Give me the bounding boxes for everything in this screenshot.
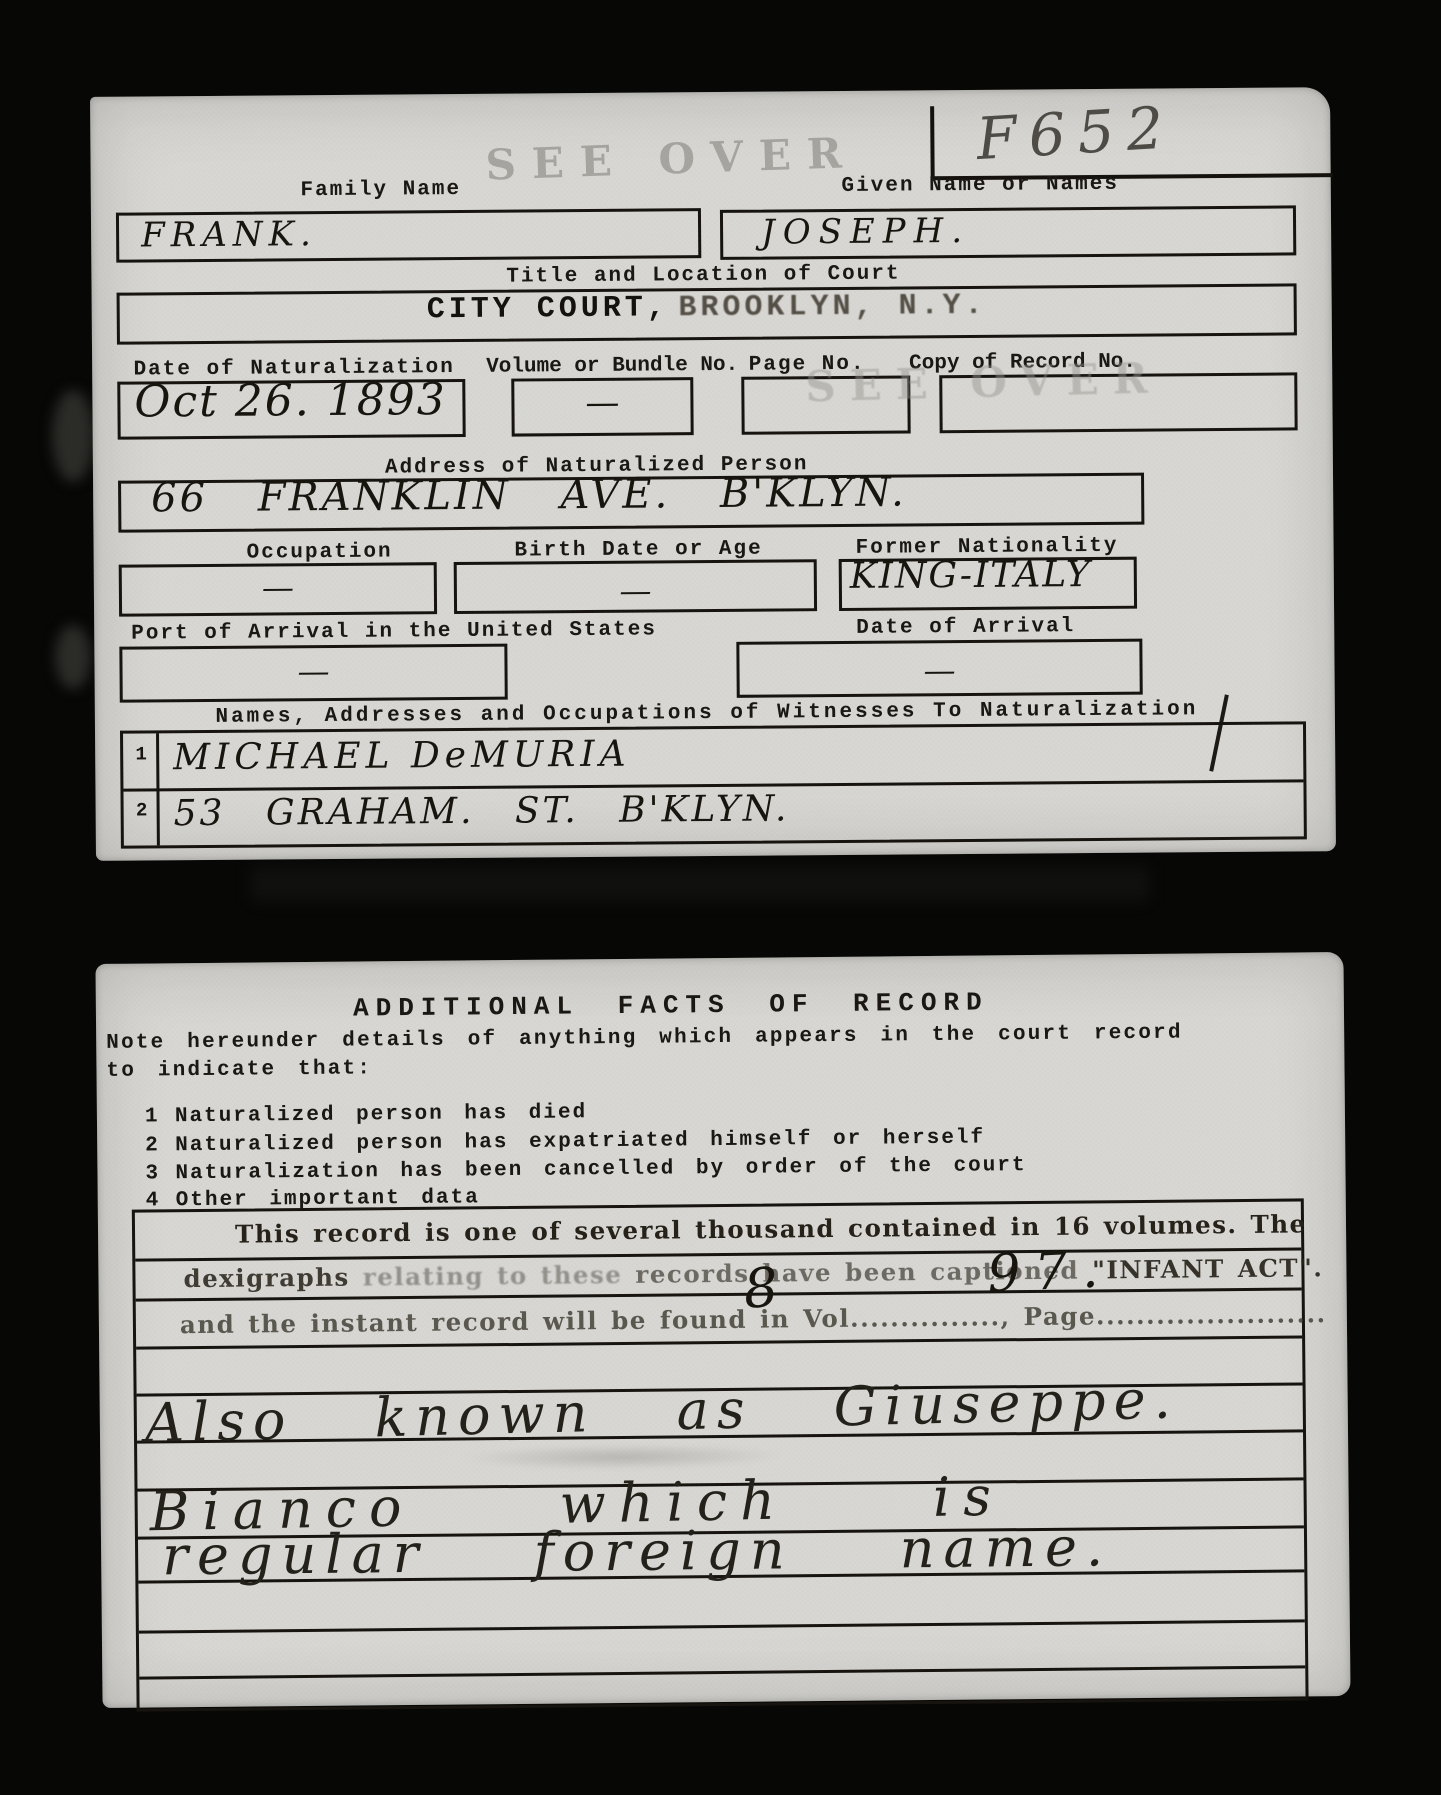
port-value: —: [122, 651, 504, 692]
witness-row-value: MICHAEL DeMURIA: [173, 734, 631, 779]
nationality-value: KING-ITALY: [850, 554, 1092, 597]
witnesses-table: 1 2 MICHAEL DeMURIA 53 GRAHAM. ST. B'KLY…: [120, 721, 1307, 848]
family-name-label: Family Name: [289, 178, 473, 202]
film-ghost-band: [250, 866, 1150, 902]
stamp-segment-faded: relating to these: [363, 1260, 636, 1292]
card-code-box: F652: [930, 103, 1333, 180]
rule-line: [139, 1619, 1305, 1633]
dotted-leader: ...............: [850, 1302, 1001, 1332]
given-name-label: Given Name or Names: [838, 173, 1123, 198]
family-name-value: FRANK.: [141, 214, 317, 255]
given-name-field: JOSEPH.: [720, 205, 1296, 260]
witness-row-number: 2: [130, 799, 154, 821]
note-line: to indicate that:: [106, 1057, 372, 1083]
copy-no-field: [939, 372, 1297, 433]
given-name-value: JOSEPH.: [761, 211, 970, 253]
volume-label: Volume or Bundle No.: [486, 354, 716, 379]
handwritten-note-line: regular foreign name.: [162, 1515, 1112, 1587]
birth-value: —: [457, 570, 814, 611]
occupation-field: —: [119, 562, 437, 616]
copy-no-label: Copy of Record No.: [909, 351, 1134, 376]
address-value: 66 FRANKLIN AVE. B'KLYN.: [151, 469, 907, 521]
address-field: 66 FRANKLIN AVE. B'KLYN.: [118, 473, 1144, 533]
family-name-field: FRANK.: [116, 208, 701, 263]
port-field: —: [119, 644, 507, 703]
naturalization-date-field: Oct 26. 1893: [117, 379, 465, 440]
volume-value: —: [514, 382, 690, 423]
fact-item-text: Naturalized person has expatriated himse…: [175, 1126, 985, 1157]
court-field: CITY COURT, BROOKLYN, N.Y.: [117, 283, 1297, 344]
additional-facts-title: ADDITIONAL FACTS OF RECORD: [96, 985, 1246, 1026]
birth-field: —: [454, 559, 817, 614]
witness-row-value: 53 GRAHAM. ST. B'KLYN.: [173, 788, 789, 834]
note-line: Note hereunder details of anything which…: [106, 1022, 1183, 1055]
arrival-value: —: [739, 650, 1139, 691]
arrival-field: —: [736, 639, 1142, 698]
fact-item-text: Naturalization has been cancelled by ord…: [175, 1154, 1026, 1185]
dotted-leader: .......................: [1096, 1299, 1327, 1330]
witness-row-number: 1: [129, 743, 153, 765]
record-stamp-line1: This record is one of several thousand c…: [235, 1209, 1307, 1248]
volume-handwritten-value: 8: [741, 1255, 780, 1321]
nationality-field: KING-ITALY: [839, 557, 1137, 611]
fact-item-number: 2: [145, 1134, 160, 1157]
stamp-segment: "INFANT ACT".: [1092, 1253, 1324, 1284]
naturalization-index-card: F652 SEE OVER Family Name Given Name or …: [90, 87, 1336, 861]
scanned-record-photo: F652 SEE OVER Family Name Given Name or …: [0, 0, 1441, 1795]
card-code: F652: [974, 93, 1177, 173]
court-value-stamped: BROOKLYN, N.Y.: [678, 289, 986, 325]
arrival-label: Date of Arrival: [856, 615, 1046, 639]
stamp-segment: , Page: [1000, 1301, 1096, 1331]
fact-item-text: Naturalized person has died: [175, 1101, 587, 1128]
film-edge-artifact: [55, 625, 91, 689]
occupation-value: —: [122, 567, 434, 607]
rule-line: [139, 1665, 1305, 1679]
film-edge-artifact: [52, 390, 94, 482]
see-over-stamp: SEE OVER: [485, 128, 859, 190]
page-no-field: [741, 375, 910, 434]
volume-field: —: [511, 377, 693, 436]
occupation-label: Occupation: [196, 540, 444, 565]
page-no-label: Page No.: [747, 353, 867, 377]
fact-item-number: 3: [145, 1162, 160, 1185]
page-handwritten-value: 97.: [986, 1239, 1113, 1304]
additional-facts-card: ADDITIONAL FACTS OF RECORD Note hereunde…: [95, 952, 1350, 1708]
port-label: Port of Arrival in the United States: [131, 618, 657, 645]
fact-item-number: 1: [145, 1105, 160, 1128]
court-value-typed: CITY COURT,: [427, 291, 669, 327]
record-note-box: This record is one of several thousand c…: [132, 1198, 1309, 1711]
naturalization-date-value: Oct 26. 1893: [134, 374, 447, 427]
stamp-segment: dexigraphs: [183, 1262, 363, 1293]
